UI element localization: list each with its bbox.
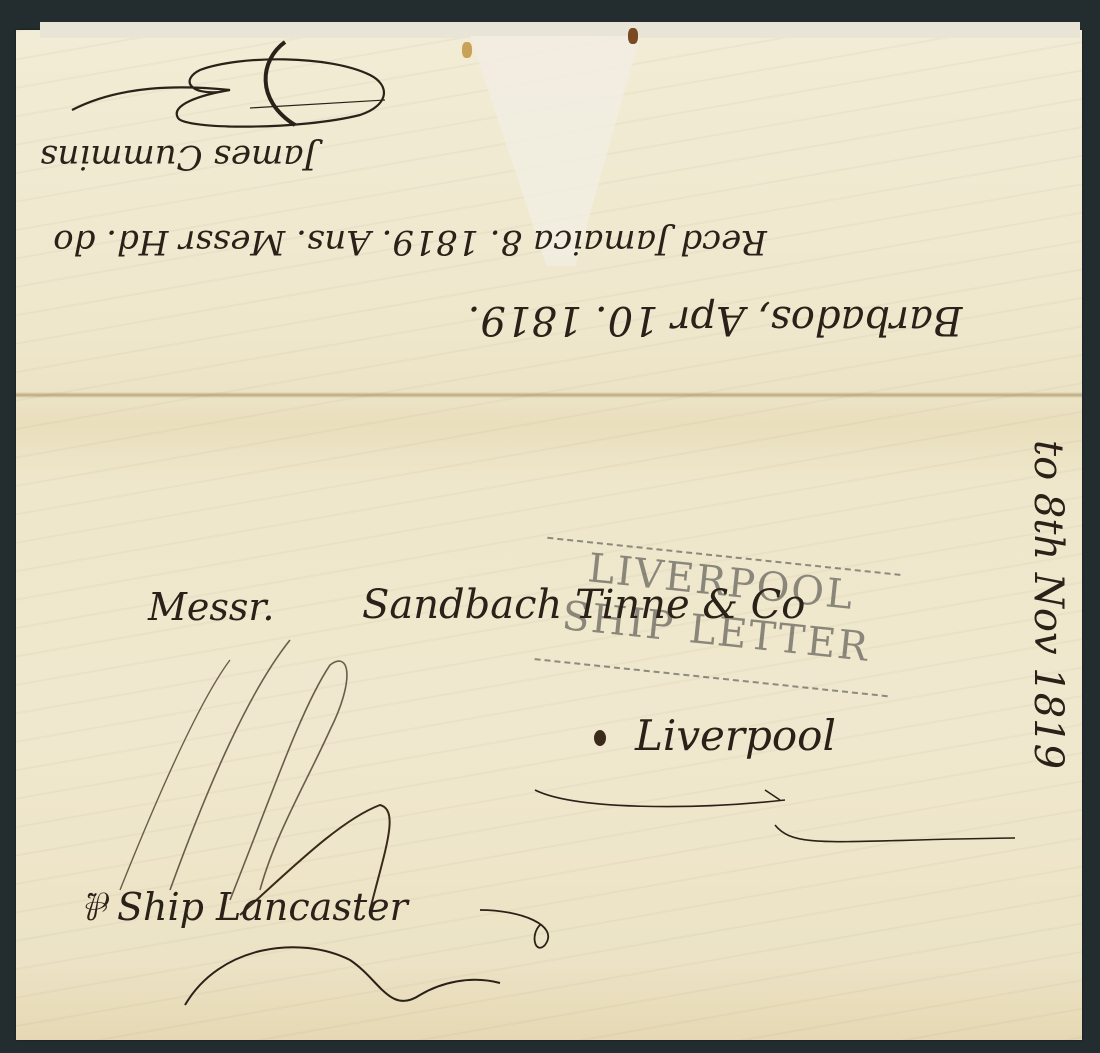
- docket-date-line: Barbados, Apr 10. 1819.: [420, 300, 1010, 340]
- address-city: Liverpool: [635, 715, 836, 757]
- endorsement-flourish-icon: [180, 905, 580, 1015]
- docket-signature: James Cummins: [40, 140, 460, 174]
- wax-stain-left: [462, 42, 472, 58]
- vertical-side-note: to 8th Nov 1819: [1028, 440, 1068, 769]
- city-underline-flourish-icon: [535, 780, 1035, 860]
- wax-stain-right: [628, 28, 638, 44]
- manuscript-rate-mark-icon: [90, 620, 410, 920]
- address-addressee: Sandbach Tinne & Co: [362, 585, 805, 625]
- docket-received-line: Recd Jamaica 8. 1819. Ans. Messr Hd. do: [40, 225, 780, 259]
- fold-line: [16, 392, 1082, 398]
- ink-blot-icon: [590, 718, 610, 748]
- initial-flourish-icon: [60, 30, 420, 150]
